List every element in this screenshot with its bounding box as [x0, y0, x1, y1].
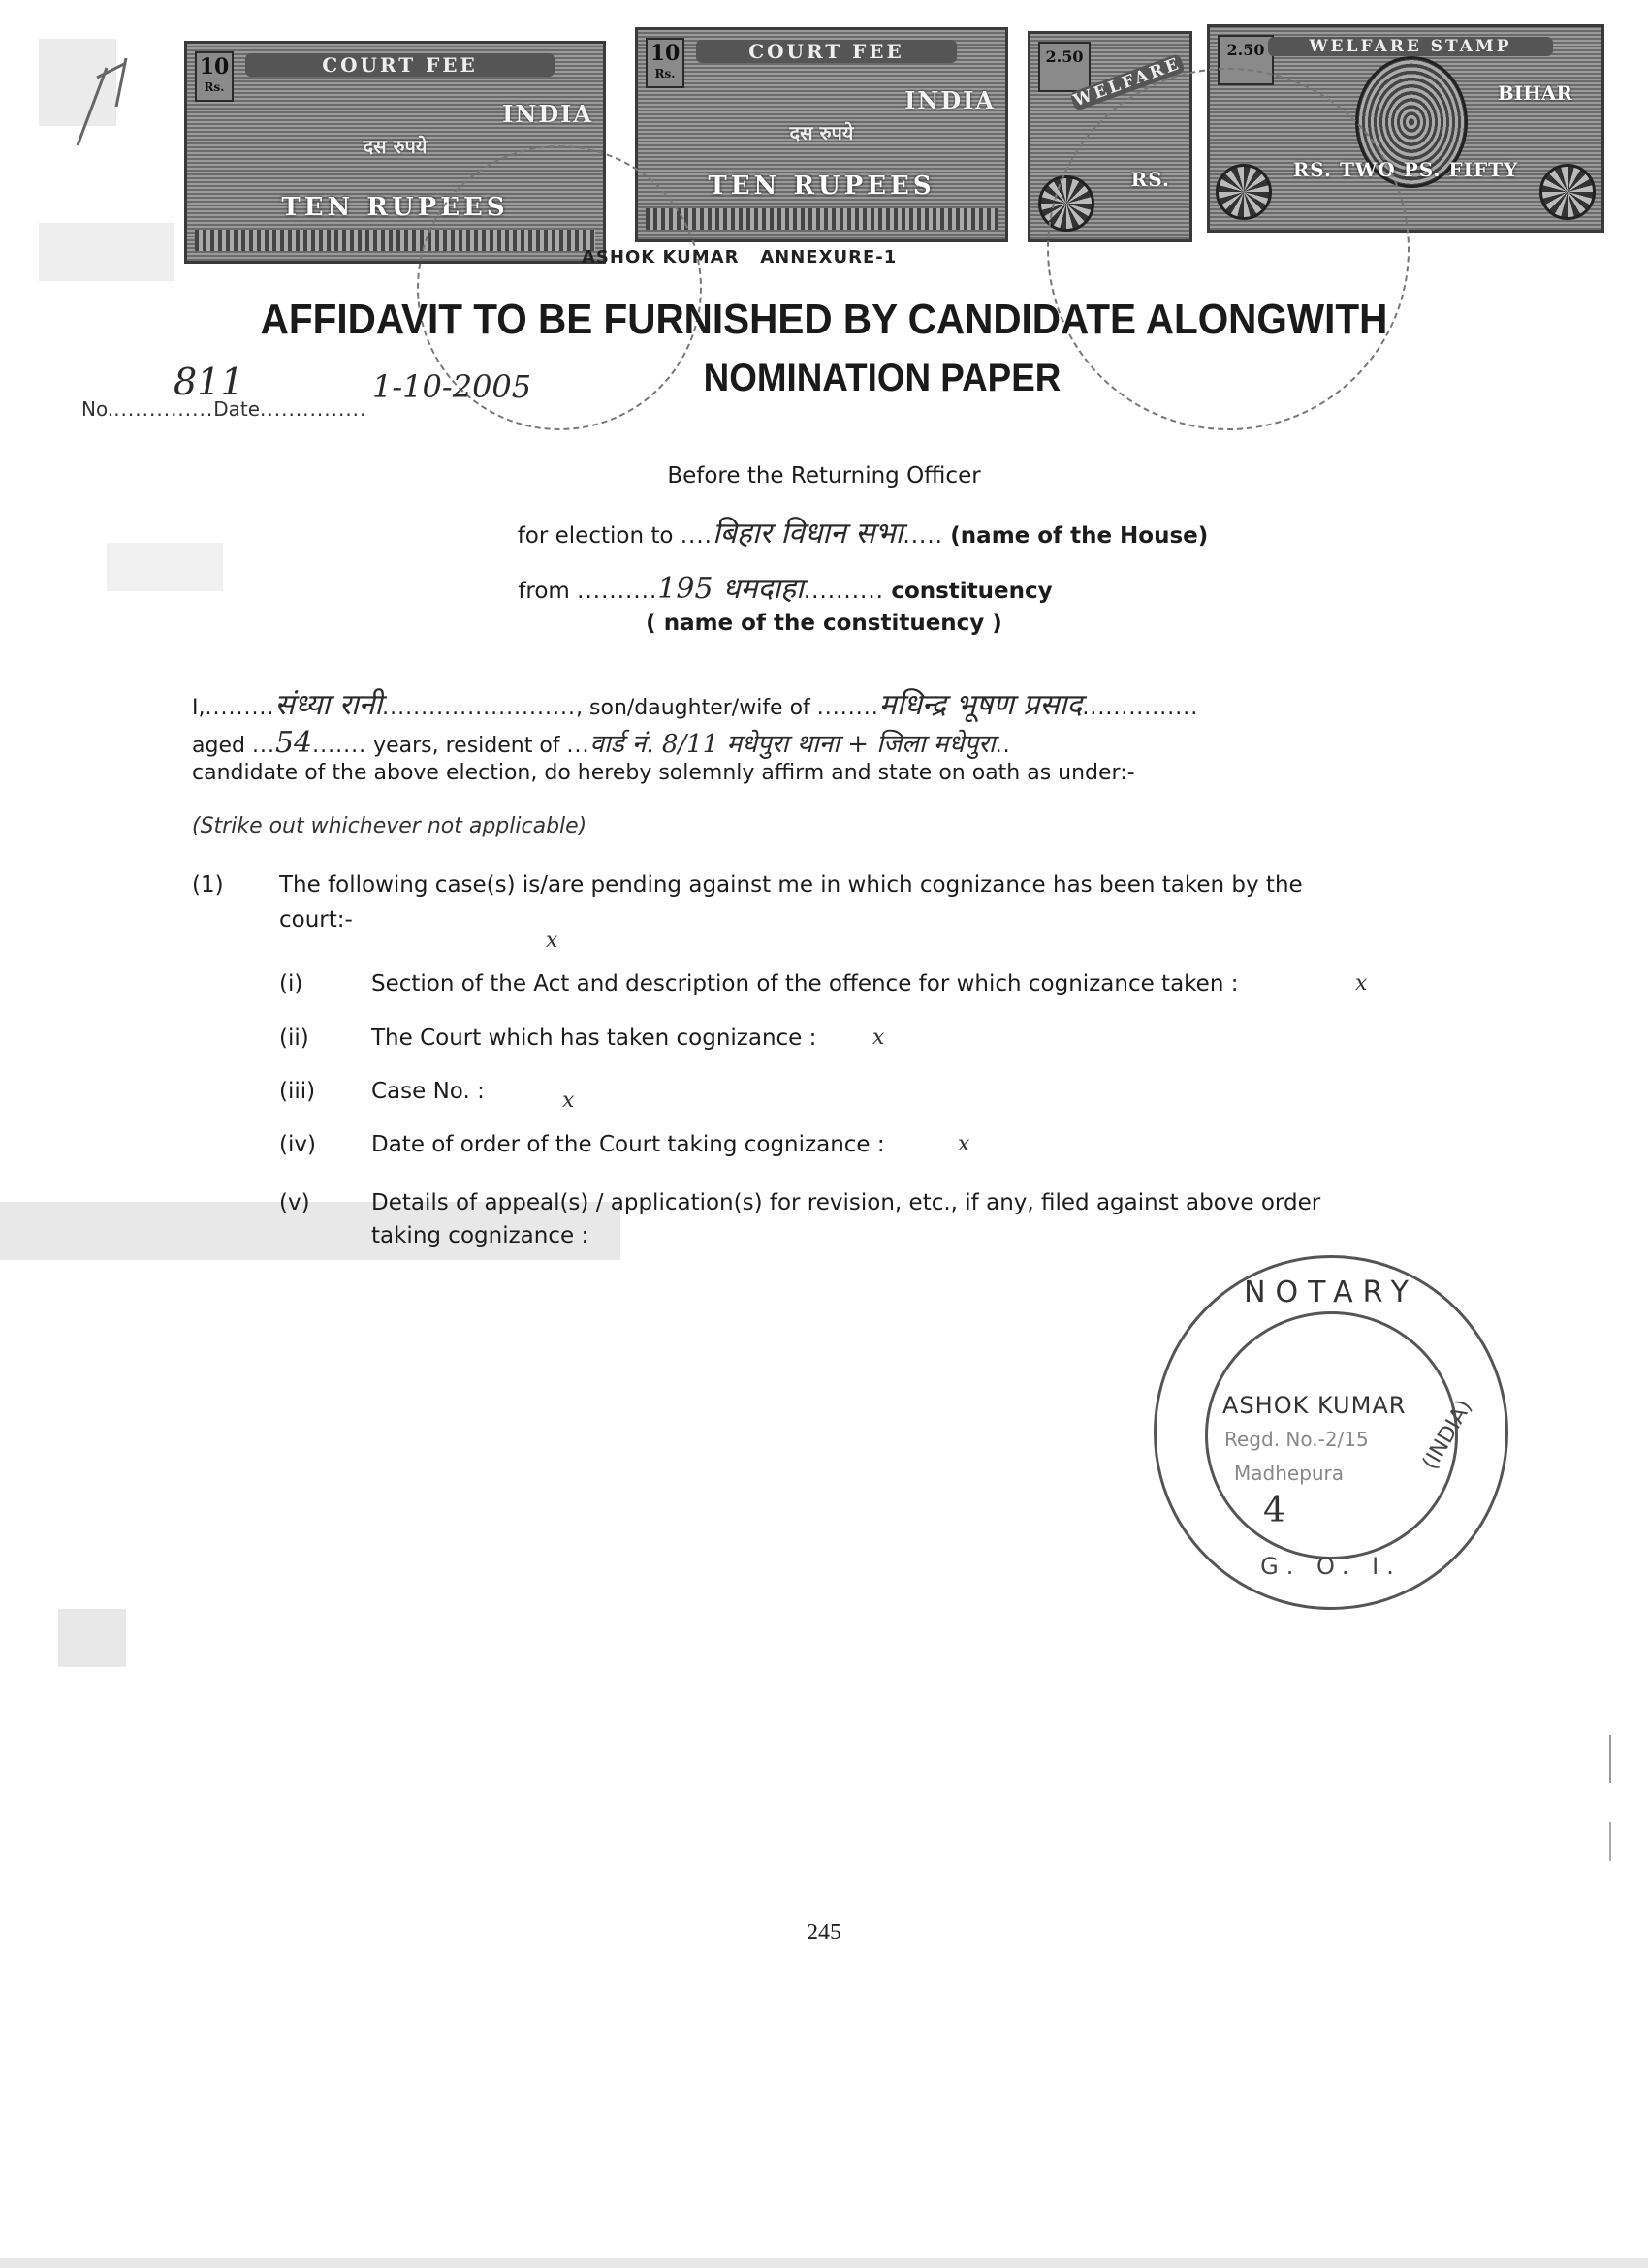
notary-place: Madhepura	[1234, 1462, 1344, 1485]
stamp-state: BIHAR	[1498, 81, 1572, 105]
constituency-note: ( name of the constituency )	[0, 611, 1648, 636]
notary-registration: Regd. No.-2/15	[1224, 1428, 1369, 1451]
strike-out-note: (Strike out whichever not applicable)	[192, 814, 1472, 838]
item-text-line-1: Details of appeal(s) / application(s) fo…	[371, 1190, 1320, 1215]
chakra-wheel-icon	[1539, 164, 1596, 220]
section-item-iv: (iv) Date of order of the Court taking c…	[279, 1132, 1481, 1161]
returning-officer-heading: Before the Returning Officer	[0, 463, 1648, 488]
court-fee-stamp-2: 10Rs. COURT FEE INDIA दस रुपये TEN RUPEE…	[635, 27, 1008, 242]
stamp-denomination: 10Rs.	[646, 38, 684, 88]
constituency-line: from ..........195 धमदाहा.......... cons…	[0, 567, 1609, 607]
item-answer: x	[872, 1025, 884, 1050]
section-1: (1) The following case(s) is/are pending…	[192, 872, 1472, 930]
house-name-field: बिहार विधान सभा	[713, 517, 903, 551]
notary-seal-top-text: NOTARY	[1157, 1276, 1505, 1309]
item-text: Case No. :	[371, 1079, 485, 1104]
section-item-ii: (ii) The Court which has taken cognizanc…	[279, 1025, 1481, 1055]
declaration-line-1: I,.........संध्या रानी..................…	[192, 683, 1472, 723]
scan-smudge	[39, 223, 174, 281]
register-no-date: 811 1-10-2005 No...............Date.....…	[81, 397, 366, 421]
notary-signature: 4	[1263, 1491, 1285, 1530]
handwritten-scribble-icon	[58, 48, 165, 155]
age-field: 54	[275, 726, 312, 760]
declaration-closing: candidate of the above election, do here…	[192, 761, 1472, 785]
section-text-line-1: The following case(s) is/are pending aga…	[279, 872, 1303, 898]
section-item-v: (v) Details of appeal(s) / application(s…	[279, 1190, 1481, 1258]
stamp-label: WELFARE STAMP	[1268, 37, 1553, 56]
page-number: 245	[0, 1920, 1648, 1946]
election-house-line: for election to ....बिहार विधान सभा.....…	[39, 512, 1648, 551]
notary-name: ASHOK KUMAR	[1222, 1392, 1406, 1419]
scan-edge-mark	[1609, 1822, 1611, 1861]
scan-smudge	[0, 2258, 1648, 2268]
constituency-field: 195 धमदाहा	[657, 572, 804, 606]
stamp-denomination: 10Rs.	[195, 51, 234, 102]
notary-seal: NOTARY ASHOK KUMAR Regd. No.-2/15 Madhep…	[1154, 1255, 1508, 1610]
annexure-label: ASHOK KUMAR ANNEXURE-1	[582, 247, 897, 268]
stamp-label: COURT FEE	[696, 40, 957, 63]
item-answer: x	[1355, 971, 1367, 995]
item-answer: x	[958, 1132, 969, 1156]
section-item-i: (i) Section of the Act and description o…	[279, 971, 1481, 1000]
page-title: AFFIDAVIT TO BE FURNISHED BY CANDIDATE A…	[66, 296, 1582, 344]
scan-smudge	[58, 1609, 126, 1667]
scan-edge-mark	[1609, 1735, 1611, 1783]
stamp-country: INDIA	[206, 100, 593, 128]
page-subtitle: NOMINATION PAPER	[124, 357, 1640, 400]
register-date: 1-10-2005	[372, 368, 531, 405]
stamp-value: TEN RUPEES	[657, 172, 986, 201]
stamp-border-band	[646, 208, 998, 230]
notary-seal-bottom-text: G. O. I.	[1157, 1553, 1505, 1580]
item-text-line-2: taking cognizance :	[371, 1223, 588, 1248]
section-number: (1)	[192, 872, 224, 898]
stamp-label: COURT FEE	[245, 53, 555, 77]
stamp-hindi-value: दस रुपये	[677, 119, 967, 145]
candidate-name-field: संध्या रानी	[274, 688, 382, 722]
stamp-country: INDIA	[657, 86, 996, 114]
declaration-line-2: aged ...54....... years, resident of ...…	[192, 725, 1472, 760]
item-answer: x	[562, 1088, 574, 1113]
strike-mark: x	[546, 929, 557, 953]
address-field: वार्ड नं. 8/11 मधेपुरा थाना + जिला मधेपु…	[590, 730, 996, 759]
item-text: Date of order of the Court taking cogniz…	[371, 1132, 885, 1157]
item-text: The Court which has taken cognizance :	[371, 1025, 816, 1051]
stamp-denomination: 2.50	[1038, 42, 1091, 92]
section-text-line-2: court:-	[279, 907, 353, 932]
register-number: 811	[174, 361, 244, 403]
item-text: Section of the Act and description of th…	[371, 971, 1238, 996]
section-item-iii: (iii) Case No. : x	[279, 1079, 1481, 1108]
parent-name-field: मधिन्द्र भूषण प्रसाद	[879, 688, 1083, 722]
register-no-label: No.	[81, 397, 113, 421]
